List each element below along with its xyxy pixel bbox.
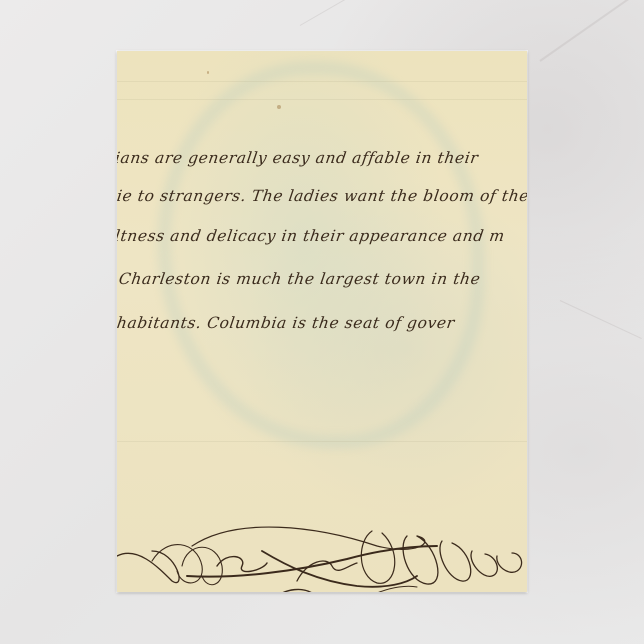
marble-vein (300, 0, 352, 26)
ruled-line (117, 441, 527, 442)
marble-vein (560, 300, 642, 339)
ruled-line (117, 81, 527, 82)
water-stain (157, 61, 485, 449)
foxing-spot (277, 105, 281, 109)
marble-vein (539, 0, 638, 62)
manuscript-line-4: Charleston is much the largest town in t… (118, 270, 482, 288)
postcard: ians are generally easy and affable in t… (117, 51, 527, 592)
calligraphic-flourish (117, 521, 527, 592)
foxing-spot (207, 71, 209, 74)
manuscript-line-5: habitants. Columbia is the seat of gover (117, 314, 456, 332)
manuscript-line-2: ie to strangers. The ladies want the blo… (117, 187, 527, 205)
manuscript-line-3: ltness and delicacy in their appearance … (117, 227, 506, 245)
manuscript-line-1: ians are generally easy and affable in t… (117, 149, 480, 167)
ruled-line (117, 99, 527, 100)
